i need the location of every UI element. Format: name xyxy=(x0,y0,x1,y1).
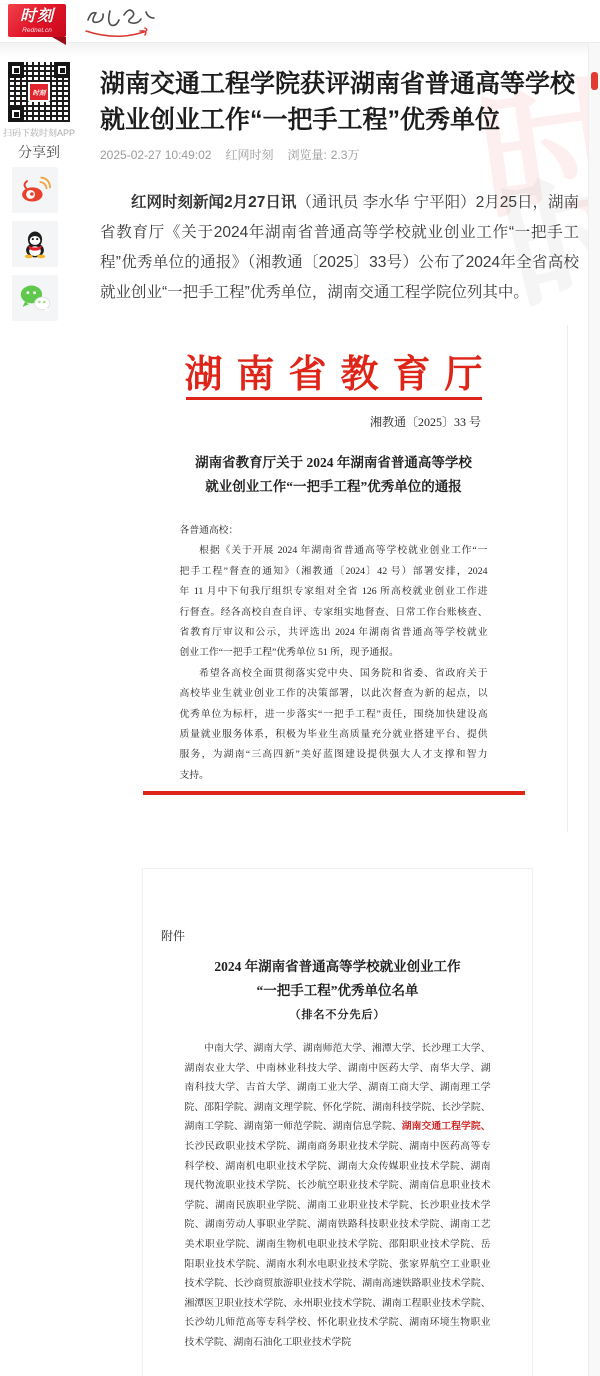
qr-finder-mark xyxy=(8,106,24,122)
attachment-title: 2024 年湖南省普通高等学校就业创业工作 “一把手工程”优秀单位名单 xyxy=(143,955,532,1003)
publish-datetime: 2025-02-27 10:49:02 xyxy=(100,148,211,162)
share-weibo-button[interactable] xyxy=(12,167,58,213)
article-title-line2: 就业创业工作“一把手工程”优秀单位 xyxy=(100,102,580,138)
attachment-title-line1: 2024 年湖南省普通高等学校就业创业工作 xyxy=(143,955,532,979)
article-title-line1: 湖南交通工程学院获评湖南省普通高等学校 xyxy=(100,66,580,102)
qr-finder-mark xyxy=(8,62,24,78)
handwritten-signature-icon xyxy=(76,4,172,40)
letterhead-red-rule xyxy=(186,397,482,400)
source-name: 红网时刻 xyxy=(225,148,273,162)
salutation: 各普通高校： xyxy=(180,521,488,541)
agency-letterhead: 湖南省教育厅 xyxy=(100,343,567,398)
document-title-line2: 就业创业工作“一把手工程”优秀单位的通报 xyxy=(100,475,567,499)
attachment-subtitle: （排名不分先后） xyxy=(143,1006,532,1022)
share-wechat-button[interactable] xyxy=(12,275,58,321)
document-paragraph-2: 希望各高校全面贯彻落实党中央、国务院和省委、省政府关于高校毕业生就业创业工作的决… xyxy=(180,664,488,786)
wechat-icon xyxy=(19,282,51,314)
excellent-units-list: 中南大学、湖南大学、湖南师范大学、湘潭大学、长沙理工大学、湖南农业大学、中南林业… xyxy=(185,1039,491,1353)
top-header-bar: 时刻 Rednet.cn xyxy=(0,0,600,43)
views-count: 2.3万 xyxy=(331,148,360,162)
article-title: 湖南交通工程学院获评湖南省普通高等学校 就业创业工作“一把手工程”优秀单位 xyxy=(100,66,580,138)
scrollbar-thumb[interactable] xyxy=(591,72,598,90)
article-meta: 2025-02-27 10:49:02红网时刻浏览量:2.3万 xyxy=(100,146,580,163)
article-lead-paragraph: 红网时刻新闻2月27日讯（通讯员 李水华 宁平阳）2月25日，湖南省教育厅《关于… xyxy=(100,188,579,308)
document-paragraph-1: 根据《关于开展 2024 年湖南省普通高等学校就业创业工作“一把手工程”督查的通… xyxy=(180,541,488,663)
qr-finder-mark xyxy=(54,62,70,78)
app-download-qr-code: 时刻 xyxy=(8,62,70,122)
attachment-label: 附件 xyxy=(161,927,185,944)
views-label: 浏览量: xyxy=(287,148,326,162)
lead-dateline: 红网时刻新闻2月27日讯 xyxy=(131,194,296,211)
weibo-icon xyxy=(19,174,51,206)
logo-text-cn: 时刻 xyxy=(8,9,66,25)
qq-icon xyxy=(19,228,51,260)
logo-text-en: Rednet.cn xyxy=(8,28,66,35)
share-to-label: 分享到 xyxy=(8,142,70,162)
scrollbar-track[interactable] xyxy=(588,43,600,1376)
document-title-line1: 湖南省教育厅关于 2024 年湖南省普通高等学校 xyxy=(100,451,567,475)
attachment-title-line2: “一把手工程”优秀单位名单 xyxy=(143,979,532,1003)
qr-center-logo: 时刻 xyxy=(28,82,50,102)
share-qq-button[interactable] xyxy=(12,221,58,267)
document-body: 各普通高校： 根据《关于开展 2024 年湖南省普通高等学校就业创业工作“一把手… xyxy=(180,521,488,786)
qr-caption: 扫码下载时刻APP xyxy=(0,126,78,139)
official-document-image-2: 附件 2024 年湖南省普通高等学校就业创业工作 “一把手工程”优秀单位名单 （… xyxy=(142,868,533,1376)
document-title: 湖南省教育厅关于 2024 年湖南省普通高等学校 就业创业工作“一把手工程”优秀… xyxy=(100,451,567,499)
document-number: 湘教通〔2025〕33 号 xyxy=(370,413,481,430)
header-shadow xyxy=(0,43,600,57)
logo-ribbon-fold xyxy=(52,37,66,45)
official-document-image-1: 湖南省教育厅 湘教通〔2025〕33 号 湖南省教育厅关于 2024 年湖南省普… xyxy=(100,325,568,832)
document-footer-red-rule xyxy=(143,791,525,795)
rednet-moment-logo[interactable]: 时刻 Rednet.cn xyxy=(8,4,66,37)
